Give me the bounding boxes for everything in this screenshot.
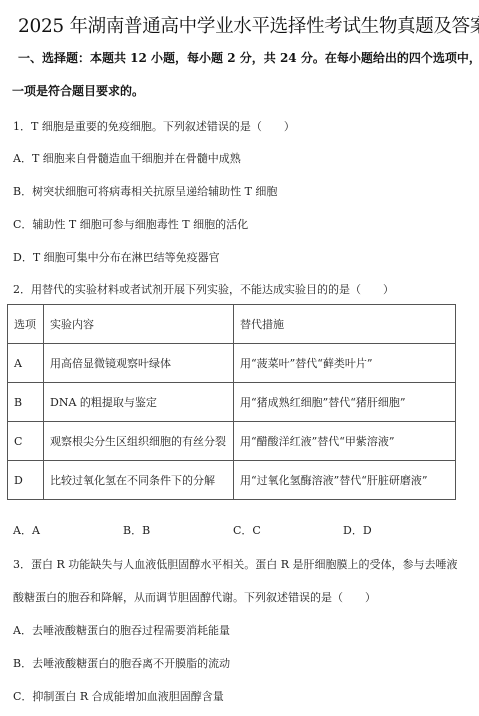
page-title: 2025 年湖南普通高中学业水平选择性考试生物真题及答案 (18, 12, 479, 38)
question-3-option-c: C．抑制蛋白 R 合成能增加血液胆固醇含量 (13, 688, 224, 704)
question-3-stem-line2: 酸糖蛋白的胞吞和降解，从而调节胆固醇代谢。下列叙述错误的是（ ） (13, 589, 376, 605)
section-heading-continued: 一项是符合题目要求的。 (12, 82, 144, 99)
table-header-cell: 替代措施 (234, 305, 456, 344)
table-cell-content: 比较过氧化氢在不同条件下的分解 (44, 461, 234, 500)
choice-b: B．B (123, 522, 150, 538)
question-1-option-d: D．T 细胞可集中分布在淋巴结等免疫器官 (13, 249, 220, 265)
section-heading: 一、选择题：本题共 12 小题，每小题 2 分，共 24 分。在每小题给出的四个… (18, 49, 479, 66)
table-row: C 观察根尖分生区组织细胞的有丝分裂 用“醋酸洋红液”替代“甲紫溶液” (8, 422, 456, 461)
table-cell-substitution: 用“猪成熟红细胞”替代“猪肝细胞” (234, 383, 456, 422)
question-1-option-a: A．T 细胞来自骨髓造血干细胞并在骨髓中成熟 (13, 150, 241, 166)
question-1-option-b: B．树突状细胞可将病毒相关抗原呈递给辅助性 T 细胞 (13, 183, 277, 199)
question-1-option-c: C．辅助性 T 细胞可参与细胞毒性 T 细胞的活化 (13, 216, 248, 232)
choice-d: D．D (343, 522, 372, 538)
question-2-choices: A．A B．B C．C D．D (13, 522, 453, 538)
table-cell-option: B (8, 383, 44, 422)
table-cell-option: A (8, 344, 44, 383)
table-header-cell: 实验内容 (44, 305, 234, 344)
table-cell-option: D (8, 461, 44, 500)
question-3-option-b: B．去唾液酸糖蛋白的胞吞离不开膜脂的流动 (13, 655, 230, 671)
table-cell-option: C (8, 422, 44, 461)
table-row: B DNA 的粗提取与鉴定 用“猪成熟红细胞”替代“猪肝细胞” (8, 383, 456, 422)
table-cell-substitution: 用“菠菜叶”替代“藓类叶片” (234, 344, 456, 383)
choice-a: A．A (13, 522, 40, 538)
table-header-row: 选项 实验内容 替代措施 (8, 305, 456, 344)
table-cell-content: 观察根尖分生区组织细胞的有丝分裂 (44, 422, 234, 461)
experiment-table: 选项 实验内容 替代措施 A 用高倍显微镜观察叶绿体 用“菠菜叶”替代“藓类叶片… (7, 304, 456, 500)
table-cell-content: DNA 的粗提取与鉴定 (44, 383, 234, 422)
table-row: A 用高倍显微镜观察叶绿体 用“菠菜叶”替代“藓类叶片” (8, 344, 456, 383)
question-1-stem: 1．T 细胞是重要的免疫细胞。下列叙述错误的是（ ） (13, 118, 295, 134)
table-header-cell: 选项 (8, 305, 44, 344)
question-3-stem-line1: 3．蛋白 R 功能缺失与人血液低胆固醇水平相关。蛋白 R 是肝细胞膜上的受体，参… (13, 556, 458, 572)
table-cell-substitution: 用“醋酸洋红液”替代“甲紫溶液” (234, 422, 456, 461)
table-row: D 比较过氧化氢在不同条件下的分解 用“过氧化氢酶溶液”替代“肝脏研磨液” (8, 461, 456, 500)
choice-c: C．C (233, 522, 261, 538)
table-cell-substitution: 用“过氧化氢酶溶液”替代“肝脏研磨液” (234, 461, 456, 500)
table-cell-content: 用高倍显微镜观察叶绿体 (44, 344, 234, 383)
question-3-option-a: A．去唾液酸糖蛋白的胞吞过程需要消耗能量 (13, 622, 230, 638)
question-2-stem: 2．用替代的实验材料或者试剂开展下列实验，不能达成实验目的的是（ ） (13, 281, 394, 297)
